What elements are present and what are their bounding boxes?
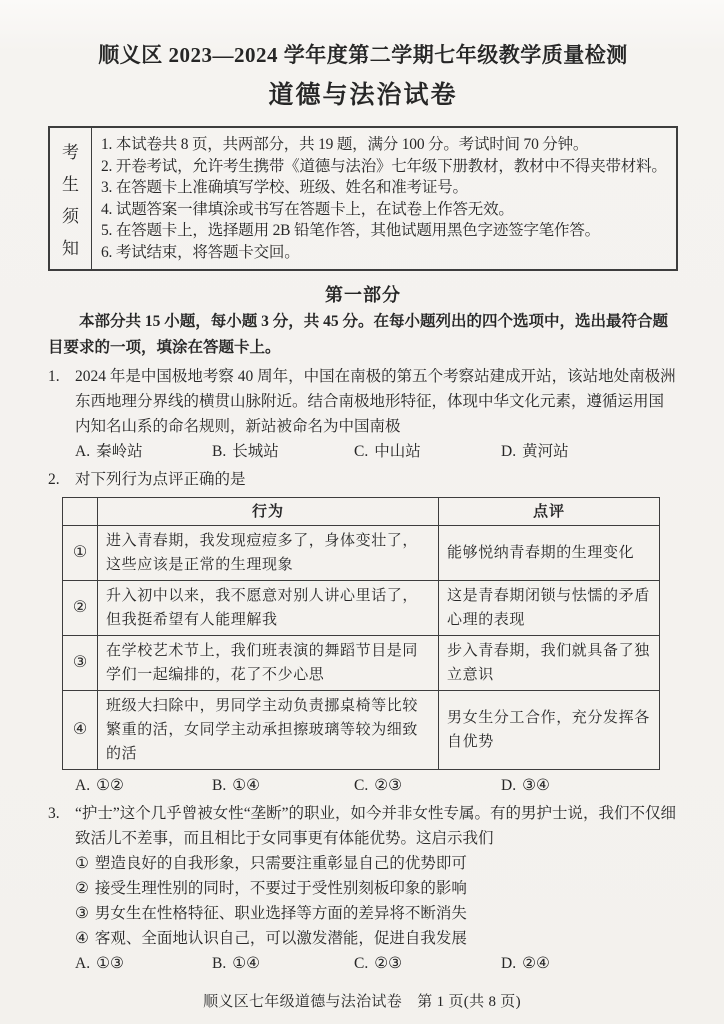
behavior-comment-table: 行为 点评 ① 进入青春期，我发现痘痘多了，身体变壮了，这些应该是正常的生理现象…	[62, 497, 660, 770]
notice-label-char: 须	[62, 202, 79, 227]
comment-header: 点评	[439, 498, 660, 526]
exam-paper-page: 顺义区 2023—2024 学年度第二学期七年级教学质量检测 道德与法治试卷 考…	[0, 0, 724, 1024]
question-2-options: A.①② B.①④ C.②③ D.③④	[75, 773, 678, 798]
corner-cell	[63, 498, 98, 526]
question-2-body: 对下列行为点评正确的是 行为 点评 ① 进入青春期，我发现痘痘多了，身体变壮了，…	[75, 467, 678, 798]
question-2: 2. 对下列行为点评正确的是 行为 点评 ① 进入青春期，我发现痘痘多了，身体变…	[48, 467, 678, 798]
notice-box: 考 生 须 知 1. 本试卷共 8 页，共两部分，共 19 题，满分 100 分…	[48, 126, 678, 271]
question-3-body: “护士”这个几乎曾被女性“垄断”的职业，如今并非女性专属。有的男护士说，我们不仅…	[75, 801, 678, 976]
statement-text: 客观、全面地认识自己，可以激发潜能，促进自我发展	[95, 930, 467, 947]
option-a: A.秦岭站	[75, 439, 212, 464]
option-c: C.②③	[354, 773, 501, 798]
statement-number: ②	[75, 880, 89, 897]
question-1-options: A.秦岭站 B.长城站 C.中山站 D.黄河站	[75, 439, 678, 464]
option-text: 长城站	[232, 443, 279, 460]
option-c: C.中山站	[354, 439, 501, 464]
table-row: ① 进入青春期，我发现痘痘多了，身体变壮了，这些应该是正常的生理现象 能够悦纳青…	[63, 526, 660, 581]
statement-4: ④客观、全面地认识自己，可以激发潜能，促进自我发展	[75, 926, 678, 951]
option-text: ①④	[232, 777, 260, 794]
table-header-row: 行为 点评	[63, 498, 660, 526]
notice-items: 1. 本试卷共 8 页，共两部分，共 19 题，满分 100 分。考试时间 70…	[92, 128, 676, 269]
comment-cell: 这是青春期闭锁与怯懦的矛盾心理的表现	[439, 581, 660, 636]
behavior-cell: 进入青春期，我发现痘痘多了，身体变壮了，这些应该是正常的生理现象	[98, 526, 439, 581]
notice-item: 5. 在答题卡上，选择题用 2B 铅笔作答，其他试题用黑色字迹签字笔作答。	[101, 220, 674, 242]
option-label: B.	[212, 443, 226, 460]
table-row: ③ 在学校艺术节上，我们班表演的舞蹈节目是同学们一起编排的，花了不少心思 步入青…	[63, 636, 660, 691]
part-one-heading: 第一部分	[48, 283, 678, 307]
question-3-text: “护士”这个几乎曾被女性“垄断”的职业，如今并非女性专属。有的男护士说，我们不仅…	[75, 801, 678, 851]
option-label: C.	[354, 777, 368, 794]
notice-label-char: 生	[62, 170, 79, 195]
option-text: ①③	[96, 955, 124, 972]
paper-title: 道德与法治试卷	[48, 80, 678, 112]
statement-number: ④	[75, 930, 89, 947]
notice-item: 4. 试题答案一律填涂或书写在答题卡上，在试卷上作答无效。	[101, 199, 674, 221]
page-footer: 顺义区七年级道德与法治试卷 第 1 页(共 8 页)	[0, 990, 724, 1011]
notice-label-char: 考	[62, 138, 79, 163]
behavior-header: 行为	[98, 498, 439, 526]
question-1-number: 1.	[48, 364, 75, 464]
option-label: C.	[354, 955, 368, 972]
behavior-cell: 在学校艺术节上，我们班表演的舞蹈节目是同学们一起编排的，花了不少心思	[98, 636, 439, 691]
option-label: D.	[501, 955, 516, 972]
option-label: A.	[75, 777, 90, 794]
question-3-number: 3.	[48, 801, 75, 976]
option-a: A.①②	[75, 773, 212, 798]
question-1: 1. 2024 年是中国极地考察 40 周年，中国在南极的第五个考察站建成开站，…	[48, 364, 678, 464]
option-label: C.	[354, 443, 368, 460]
behavior-cell: 班级大扫除中，男同学主动负责挪桌椅等比较繁重的活，女同学主动承担擦玻璃等较为细致…	[98, 691, 439, 770]
option-label: A.	[75, 955, 90, 972]
notice-item: 2. 开卷考试，允许考生携带《道德与法治》七年级下册教材，教材中不得夹带材料。	[101, 156, 674, 178]
option-b: B.①④	[212, 951, 354, 976]
comment-cell: 步入青春期，我们就具备了独立意识	[439, 636, 660, 691]
behavior-cell: 升入初中以来，我不愿意对别人讲心里话了，但我挺希望有人能理解我	[98, 581, 439, 636]
notice-item: 3. 在答题卡上准确填写学校、班级、姓名和准考证号。	[101, 177, 674, 199]
statement-text: 男女生在性格特征、职业选择等方面的差异将不断消失	[95, 905, 467, 922]
statement-1: ①塑造良好的自我形象，只需要注重彰显自己的优势即可	[75, 851, 678, 876]
option-text: ①②	[96, 777, 124, 794]
question-1-body: 2024 年是中国极地考察 40 周年，中国在南极的第五个考察站建成开站，该站地…	[75, 364, 678, 464]
question-3-options: A.①③ B.①④ C.②③ D.②④	[75, 951, 678, 976]
statement-text: 塑造良好的自我形象，只需要注重彰显自己的优势即可	[95, 855, 467, 872]
option-text: ③④	[522, 777, 550, 794]
row-number: ③	[63, 636, 98, 691]
part-one-intro: 本部分共 15 小题，每小题 3 分，共 45 分。在每小题列出的四个选项中，选…	[48, 309, 678, 361]
option-d: D.②④	[501, 951, 678, 976]
statement-2: ②接受生理性别的同时，不要过于受性别刻板印象的影响	[75, 876, 678, 901]
option-label: B.	[212, 777, 226, 794]
statement-number: ③	[75, 905, 89, 922]
notice-label-column: 考 生 须 知	[50, 128, 92, 269]
notice-item: 1. 本试卷共 8 页，共两部分，共 19 题，满分 100 分。考试时间 70…	[101, 134, 674, 156]
notice-label-char: 知	[62, 234, 79, 259]
row-number: ④	[63, 691, 98, 770]
page-title: 顺义区 2023—2024 学年度第二学期七年级教学质量检测	[48, 42, 678, 68]
comment-cell: 男女生分工合作，充分发挥各自优势	[439, 691, 660, 770]
option-b: B.长城站	[212, 439, 354, 464]
notice-item: 6. 考试结束，将答题卡交回。	[101, 242, 674, 264]
option-text: 中山站	[374, 443, 421, 460]
option-label: D.	[501, 777, 516, 794]
option-label: D.	[501, 443, 516, 460]
table-row: ④ 班级大扫除中，男同学主动负责挪桌椅等比较繁重的活，女同学主动承担擦玻璃等较为…	[63, 691, 660, 770]
row-number: ②	[63, 581, 98, 636]
option-text: 黄河站	[522, 443, 569, 460]
option-text: ②③	[374, 955, 402, 972]
option-b: B.①④	[212, 773, 354, 798]
row-number: ①	[63, 526, 98, 581]
option-text: ②④	[522, 955, 550, 972]
question-3: 3. “护士”这个几乎曾被女性“垄断”的职业，如今并非女性专属。有的男护士说，我…	[48, 801, 678, 976]
option-label: A.	[75, 443, 90, 460]
question-2-text: 对下列行为点评正确的是	[75, 467, 678, 492]
option-a: A.①③	[75, 951, 212, 976]
option-label: B.	[212, 955, 226, 972]
comment-cell: 能够悦纳青春期的生理变化	[439, 526, 660, 581]
question-1-text: 2024 年是中国极地考察 40 周年，中国在南极的第五个考察站建成开站，该站地…	[75, 364, 678, 439]
option-text: ②③	[374, 777, 402, 794]
option-text: ①④	[232, 955, 260, 972]
option-c: C.②③	[354, 951, 501, 976]
statement-3: ③男女生在性格特征、职业选择等方面的差异将不断消失	[75, 901, 678, 926]
option-d: D.③④	[501, 773, 678, 798]
option-text: 秦岭站	[96, 443, 143, 460]
table-row: ② 升入初中以来，我不愿意对别人讲心里话了，但我挺希望有人能理解我 这是青春期闭…	[63, 581, 660, 636]
statement-text: 接受生理性别的同时，不要过于受性别刻板印象的影响	[95, 880, 467, 897]
statement-number: ①	[75, 855, 89, 872]
option-d: D.黄河站	[501, 439, 678, 464]
